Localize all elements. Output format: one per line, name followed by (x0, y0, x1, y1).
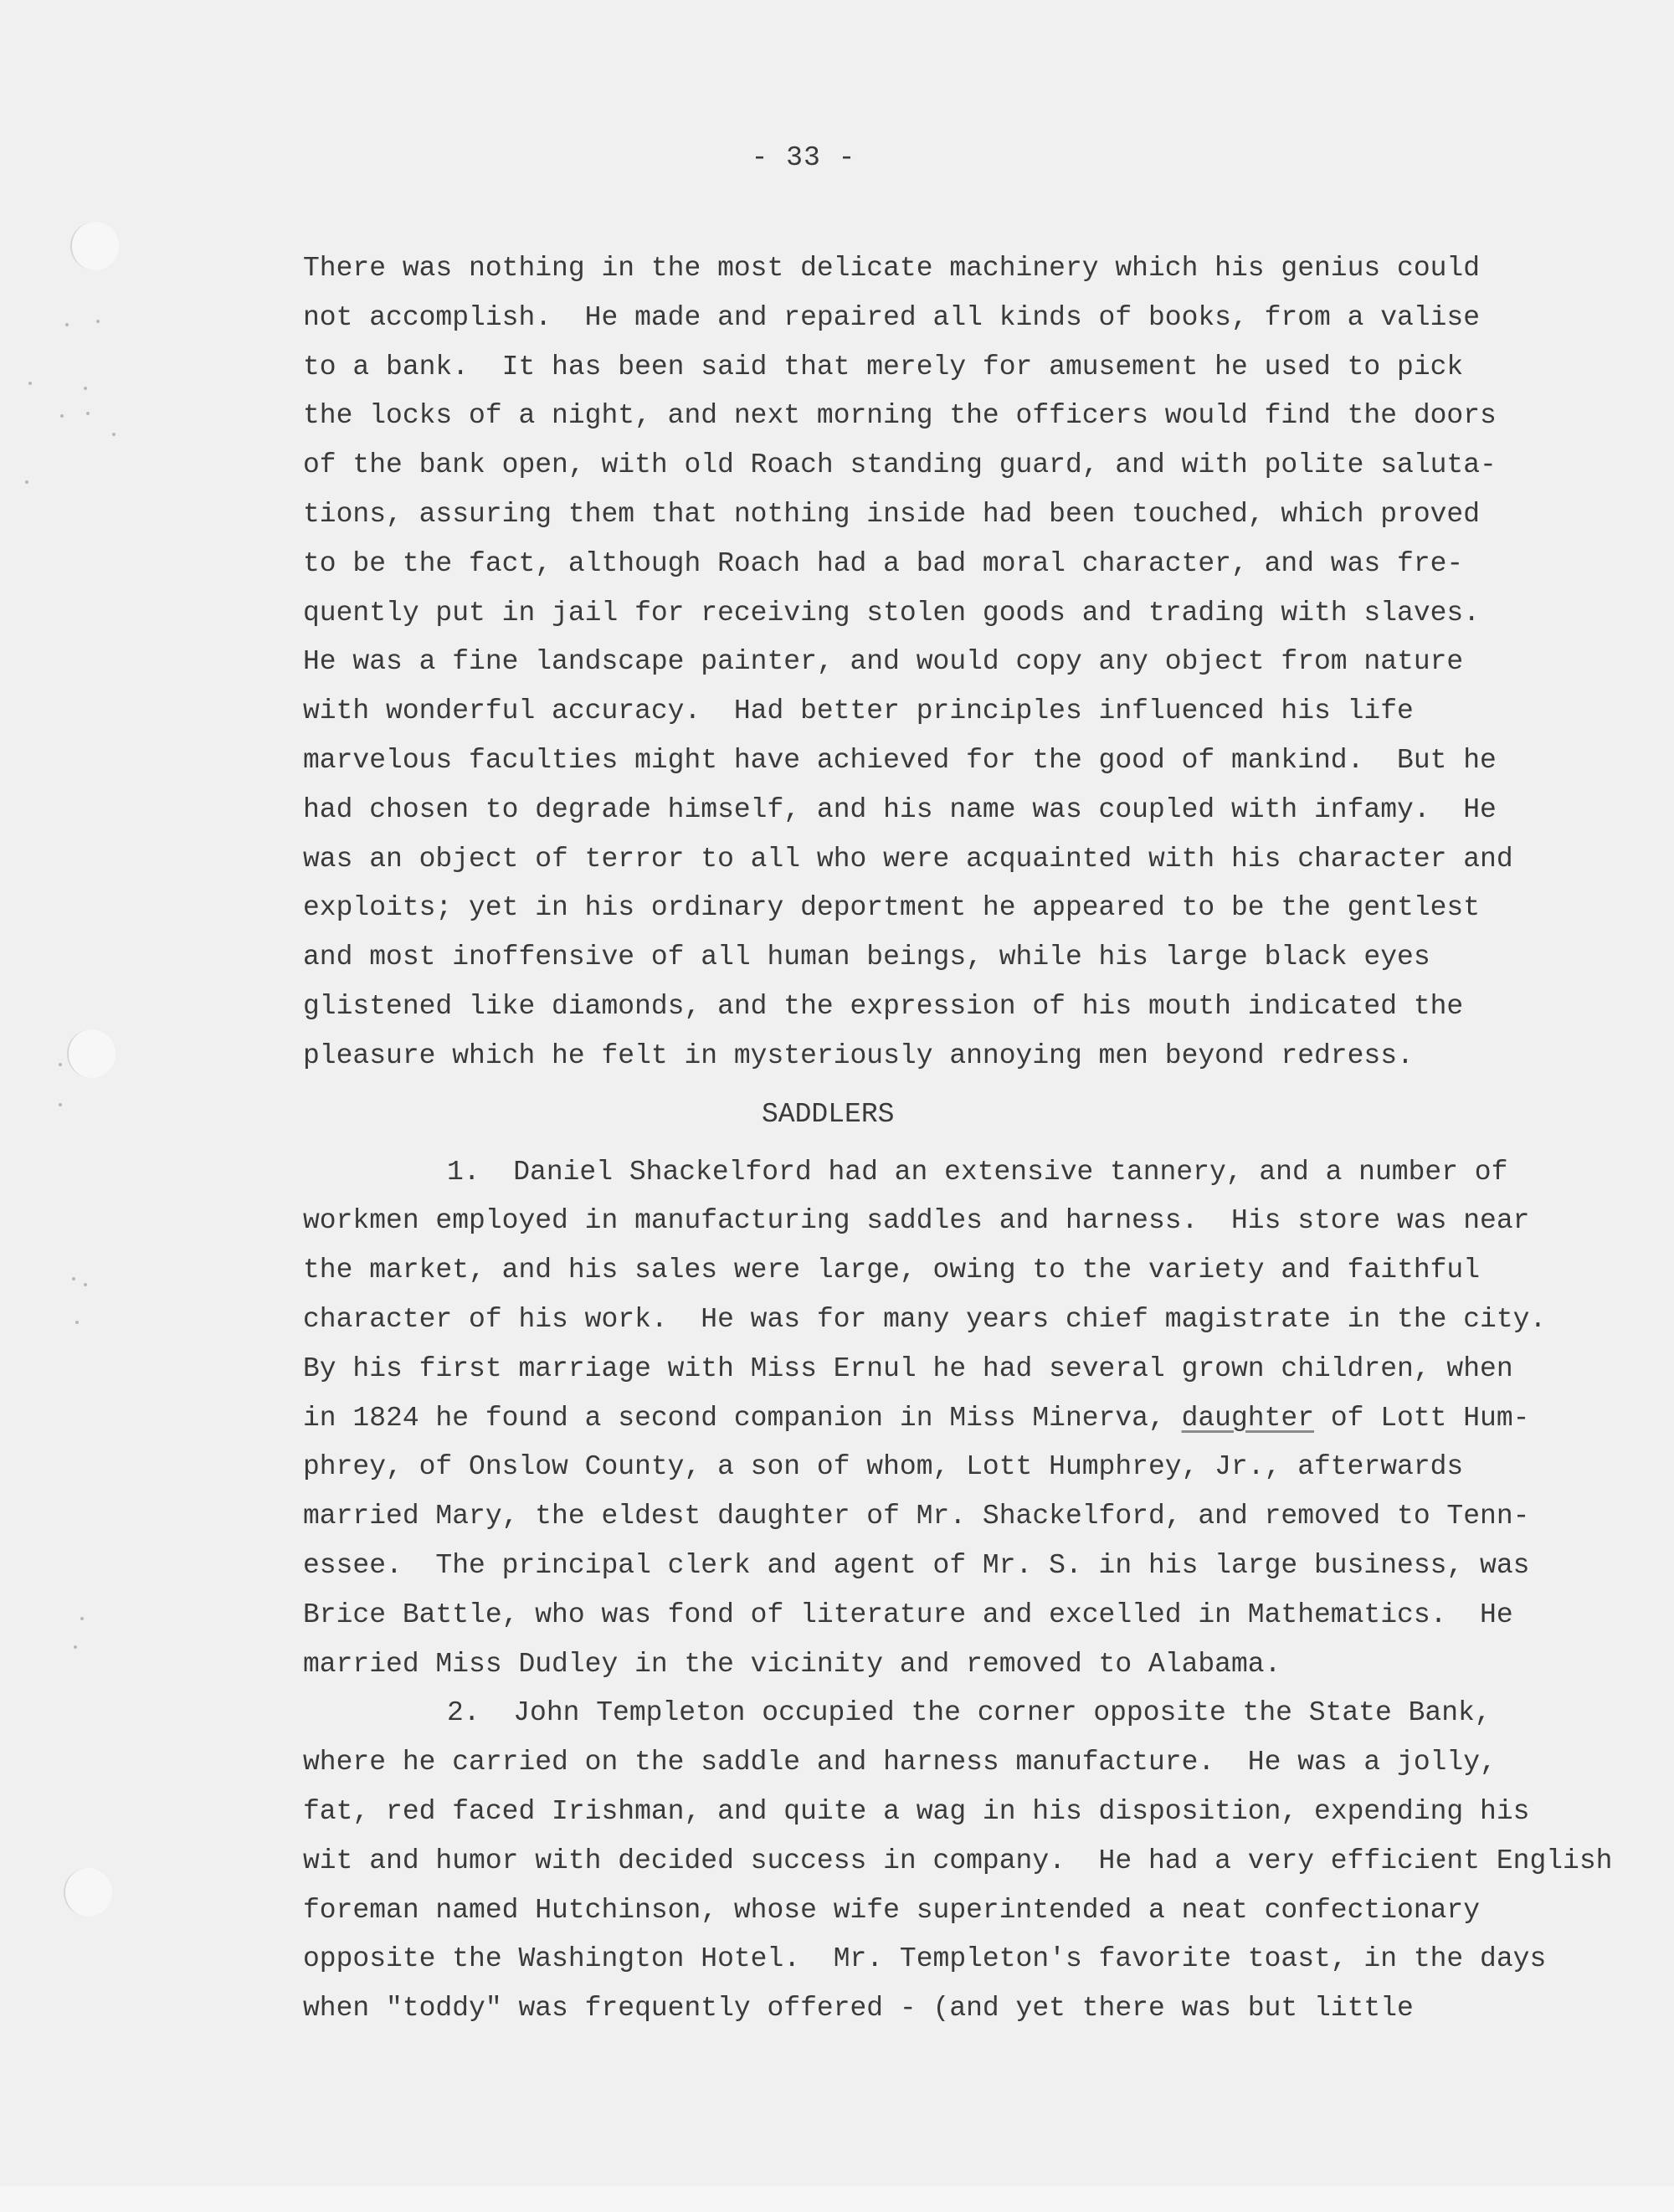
margin-speck (65, 323, 69, 326)
margin-speck (74, 1645, 77, 1649)
text-line: 2. John Templeton occupied the corner op… (303, 1689, 1642, 1738)
text-line: Brice Battle, who was fond of literature… (303, 1591, 1642, 1640)
text-line: the locks of a night, and next morning t… (303, 392, 1642, 441)
text-line: not accomplish. He made and repaired all… (303, 294, 1642, 343)
text-line: opposite the Washington Hotel. Mr. Templ… (303, 1935, 1642, 1984)
text-line: and most inoffensive of all human beings… (303, 933, 1642, 983)
scan-bottom-edge (0, 2186, 1674, 2212)
margin-speck (80, 1617, 84, 1620)
text-line: 1. Daniel Shackelford had an extensive t… (303, 1148, 1642, 1198)
text-line: By his first marriage with Miss Ernul he… (303, 1345, 1642, 1394)
margin-speck (59, 1063, 62, 1066)
underlined-word: daughter (1182, 1403, 1314, 1434)
punch-hole-middle (67, 1029, 116, 1078)
body-text: There was nothing in the most delicate m… (303, 244, 1642, 2034)
text-line: was an object of terror to all who were … (303, 835, 1642, 885)
text-line: character of his work. He was for many y… (303, 1296, 1642, 1345)
margin-speck (86, 412, 90, 415)
text-line: fat, red faced Irishman, and quite a wag… (303, 1788, 1642, 1837)
text-line: quently put in jail for receiving stolen… (303, 589, 1642, 639)
text-line: He was a fine landscape painter, and wou… (303, 638, 1642, 687)
text-line: the market, and his sales were large, ow… (303, 1246, 1642, 1296)
margin-speck (96, 320, 100, 323)
text-line-with-underline: in 1824 he found a second companion in M… (303, 1394, 1642, 1444)
text-line: with wonderful accuracy. Had better prin… (303, 687, 1642, 736)
text-line: foreman named Hutchinson, whose wife sup… (303, 1886, 1642, 1936)
text-line: wit and humor with decided success in co… (303, 1837, 1642, 1886)
text-line: pleasure which he felt in mysteriously a… (303, 1032, 1642, 1081)
text-line: workmen employed in manufacturing saddle… (303, 1197, 1642, 1246)
text-line: had chosen to degrade himself, and his n… (303, 786, 1642, 835)
margin-speck (112, 433, 116, 436)
text-line: to a bank. It has been said that merely … (303, 343, 1642, 393)
text-line: marvelous faculties might have achieved … (303, 736, 1642, 786)
text-line: of the bank open, with old Roach standin… (303, 441, 1642, 490)
margin-speck (84, 1283, 87, 1286)
text-segment: of Lott Hum- (1314, 1403, 1529, 1434)
text-segment: in 1824 he found a second companion in M… (303, 1403, 1182, 1434)
text-line: where he carried on the saddle and harne… (303, 1738, 1642, 1788)
punch-hole-bottom (64, 1868, 112, 1917)
text-line: exploits; yet in his ordinary deportment… (303, 884, 1642, 933)
margin-speck (60, 414, 64, 418)
text-line: married Miss Dudley in the vicinity and … (303, 1640, 1642, 1690)
margin-speck (72, 1277, 75, 1280)
margin-speck (84, 387, 87, 390)
text-line: essee. The principal clerk and agent of … (303, 1542, 1642, 1591)
text-line: to be the fact, although Roach had a bad… (303, 540, 1642, 589)
text-line: There was nothing in the most delicate m… (303, 244, 1642, 294)
document-page: - 33 - There was nothing in the most del… (0, 0, 1674, 2186)
text-line: glistened like diamonds, and the express… (303, 983, 1642, 1032)
margin-speck (25, 480, 28, 484)
margin-speck (59, 1103, 62, 1106)
punch-hole-top (70, 222, 119, 270)
text-line: married Mary, the eldest daughter of Mr.… (303, 1492, 1642, 1542)
page-number: - 33 - (0, 142, 1607, 173)
margin-speck (28, 382, 32, 385)
text-line: when "toddy" was frequently offered - (a… (303, 1984, 1642, 2034)
margin-speck (75, 1321, 79, 1324)
text-line: tions, assuring them that nothing inside… (303, 490, 1642, 540)
text-line: phrey, of Onslow County, a son of whom, … (303, 1443, 1642, 1492)
section-heading: SADDLERS (303, 1081, 1642, 1148)
